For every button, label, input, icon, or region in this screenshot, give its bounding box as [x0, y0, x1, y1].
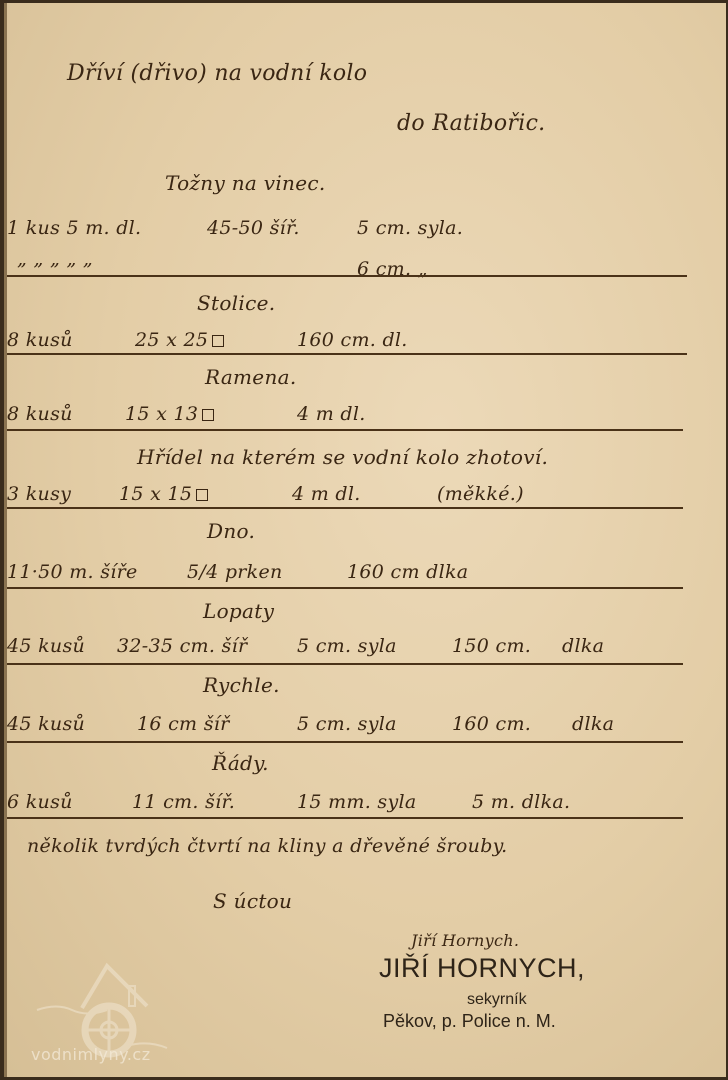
section-heading-stolice: Stolice.	[197, 291, 275, 315]
row-rady-thickness: 15 mm. syla	[297, 791, 417, 813]
row-stolice-size-text: 25 x 25	[135, 329, 208, 351]
note-line: několik tvrdých čtvrtí na kliny a dřevěn…	[27, 835, 508, 857]
letter-page: Dříví (dřivo) na vodní kolo do Ratibořic…	[4, 3, 726, 1077]
rule-line	[7, 275, 687, 277]
handwritten-signature: Jiří Hornych.	[411, 931, 519, 950]
rule-line	[7, 353, 687, 355]
row-lopaty-width: 32-35 cm. šíř	[117, 635, 247, 657]
square-section-icon	[202, 409, 214, 421]
row-rychle-thickness: 5 cm. syla	[297, 713, 397, 735]
row-tozny-2-ditto: „ „ „ „ „	[17, 248, 93, 270]
row-ramena-length: 4 m dl.	[297, 403, 366, 425]
watermark-text: vodnimlyny.cz	[31, 1045, 151, 1064]
row-rychle-length: 160 cm.	[452, 713, 531, 735]
row-ramena-qty: 8 kusů	[7, 403, 73, 425]
row-stolice-qty: 8 kusů	[7, 329, 73, 351]
row-tozny-1-thickness: 5 cm. syla.	[357, 217, 463, 239]
section-heading-dno: Dno.	[207, 519, 255, 543]
row-dno-length: 160 cm dlka	[347, 561, 468, 583]
section-heading-rychle: Rychle.	[203, 673, 280, 697]
section-heading-lopaty: Lopaty	[203, 599, 274, 623]
row-tozny-1-width: 45-50 šíř.	[207, 217, 300, 239]
row-dno-boards: 5/4 prken	[187, 561, 283, 583]
row-stolice-size: 25 x 25	[135, 329, 224, 351]
row-hridel-qty: 3 kusy	[7, 483, 71, 505]
row-lopaty-length: 150 cm.	[452, 635, 531, 657]
row-hridel-note: (měkké.)	[437, 483, 524, 505]
rule-line	[7, 429, 683, 431]
row-rady-width: 11 cm. šíř.	[132, 791, 235, 813]
row-rady-qty: 6 kusů	[7, 791, 73, 813]
rule-line	[7, 587, 683, 589]
section-heading-rady: Řády.	[212, 751, 269, 775]
stamp-profession: sekyrník	[467, 991, 527, 1009]
stamp-address: Pěkov, p. Police n. M.	[383, 1011, 556, 1032]
rule-line	[7, 817, 683, 819]
title-line-1: Dříví (dřivo) na vodní kolo	[67, 61, 367, 86]
closing-salutation: S úctou	[213, 889, 292, 913]
row-ramena-size-text: 15 x 13	[125, 403, 198, 425]
stamp-name: JIŘÍ HORNYCH,	[379, 953, 585, 984]
row-ramena-size: 15 x 13	[125, 403, 214, 425]
row-lopaty-qty: 45 kusů	[7, 635, 85, 657]
rule-line	[7, 741, 683, 743]
row-rychle-qty: 45 kusů	[7, 713, 85, 735]
row-tozny-1-qty: 1 kus 5 m. dl.	[7, 217, 141, 239]
row-hridel-size-text: 15 x 15	[119, 483, 192, 505]
title-line-2: do Ratibořic.	[397, 111, 545, 136]
square-section-icon	[212, 335, 224, 347]
row-dno-width: 11·50 m. šíře	[7, 561, 138, 583]
section-heading-ramena: Ramena.	[205, 365, 297, 389]
row-lopaty-length-label: dlka	[562, 635, 604, 657]
row-rychle-length-label: dlka	[572, 713, 614, 735]
row-stolice-length: 160 cm. dl.	[297, 329, 408, 351]
rule-line	[7, 507, 683, 509]
row-rady-length: 5 m. dlka.	[472, 791, 570, 813]
row-rychle-width: 16 cm šíř	[137, 713, 230, 735]
row-lopaty-thickness: 5 cm. syla	[297, 635, 397, 657]
watermill-icon	[27, 948, 197, 1058]
section-heading-tozny: Tožny na vinec.	[165, 171, 326, 195]
square-section-icon	[196, 489, 208, 501]
rule-line	[7, 663, 683, 665]
row-hridel-length: 4 m dl.	[292, 483, 361, 505]
section-heading-hridel: Hřídel na kterém se vodní kolo zhotoví.	[137, 445, 548, 469]
row-hridel-size: 15 x 15	[119, 483, 208, 505]
